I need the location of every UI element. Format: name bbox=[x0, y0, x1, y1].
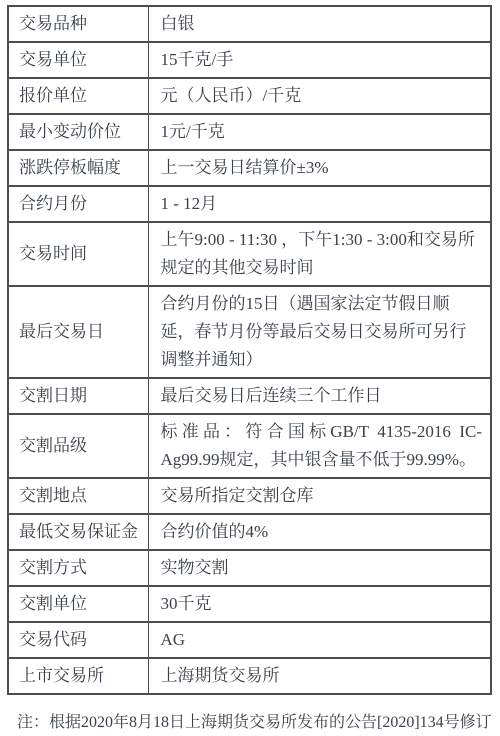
table-row: 交易时间 上午9:00 - 11:30 ，下午1:30 - 3:00和交易所规定… bbox=[8, 222, 491, 286]
row-value: 最后交易日后连续三个工作日 bbox=[148, 378, 491, 414]
row-label: 交割品级 bbox=[8, 414, 148, 478]
row-label: 交易时间 bbox=[8, 222, 148, 286]
spec-table: 交易品种 白银 交易单位 15千克/手 报价单位 元（人民币）/千克 最小变动价… bbox=[7, 5, 492, 695]
table-row: 交割单位 30千克 bbox=[8, 586, 491, 622]
table-row: 合约月份 1 - 12月 bbox=[8, 186, 491, 222]
page: 交易品种 白银 交易单位 15千克/手 报价单位 元（人民币）/千克 最小变动价… bbox=[0, 0, 500, 736]
row-value: 合约价值的4% bbox=[148, 514, 491, 550]
row-value: 上海期货交易所 bbox=[148, 658, 491, 694]
table-row: 最小变动价位 1元/千克 bbox=[8, 114, 491, 150]
row-value: AG bbox=[148, 622, 491, 658]
table-row: 交易代码 AG bbox=[8, 622, 491, 658]
table-row: 交易单位 15千克/手 bbox=[8, 42, 491, 78]
row-value: 1元/千克 bbox=[148, 114, 491, 150]
row-value: 白银 bbox=[148, 6, 491, 42]
row-value: 交易所指定交割仓库 bbox=[148, 478, 491, 514]
table-row: 交割日期 最后交易日后连续三个工作日 bbox=[8, 378, 491, 414]
row-value: 30千克 bbox=[148, 586, 491, 622]
row-label: 最低交易保证金 bbox=[8, 514, 148, 550]
table-row: 交割品级 标准品：符合国标GB/T 4135-2016 IC-Ag99.99规定… bbox=[8, 414, 491, 478]
row-label: 交割方式 bbox=[8, 550, 148, 586]
row-value: 元（人民币）/千克 bbox=[148, 78, 491, 114]
table-row: 上市交易所 上海期货交易所 bbox=[8, 658, 491, 694]
row-label: 交易品种 bbox=[8, 6, 148, 42]
table-row: 报价单位 元（人民币）/千克 bbox=[8, 78, 491, 114]
row-value: 上午9:00 - 11:30 ，下午1:30 - 3:00和交易所规定的其他交易… bbox=[148, 222, 491, 286]
row-value: 合约月份的15日（遇国家法定节假日顺延，春节月份等最后交易日交易所可另行调整并通… bbox=[148, 286, 491, 378]
table-row: 交割地点 交易所指定交割仓库 bbox=[8, 478, 491, 514]
row-value: 上一交易日结算价±3% bbox=[148, 150, 491, 186]
row-label: 交易单位 bbox=[8, 42, 148, 78]
row-value: 15千克/手 bbox=[148, 42, 491, 78]
row-label: 报价单位 bbox=[8, 78, 148, 114]
row-label: 涨跌停板幅度 bbox=[8, 150, 148, 186]
row-label: 最小变动价位 bbox=[8, 114, 148, 150]
row-label: 交易代码 bbox=[8, 622, 148, 658]
row-label: 交割日期 bbox=[8, 378, 148, 414]
row-label: 最后交易日 bbox=[8, 286, 148, 378]
row-value: 标准品：符合国标GB/T 4135-2016 IC-Ag99.99规定，其中银含… bbox=[148, 414, 491, 478]
table-row: 最后交易日 合约月份的15日（遇国家法定节假日顺延，春节月份等最后交易日交易所可… bbox=[8, 286, 491, 378]
row-label: 交割单位 bbox=[8, 586, 148, 622]
row-label: 合约月份 bbox=[8, 186, 148, 222]
table-row: 交割方式 实物交割 bbox=[8, 550, 491, 586]
row-value: 实物交割 bbox=[148, 550, 491, 586]
table-row: 最低交易保证金 合约价值的4% bbox=[8, 514, 491, 550]
table-row: 涨跌停板幅度 上一交易日结算价±3% bbox=[8, 150, 491, 186]
footnote: 注：根据2020年8月18日上海期货交易所发布的公告[2020]134号修订 bbox=[17, 712, 487, 733]
row-value: 1 - 12月 bbox=[148, 186, 491, 222]
row-label: 交割地点 bbox=[8, 478, 148, 514]
table-row: 交易品种 白银 bbox=[8, 6, 491, 42]
row-label: 上市交易所 bbox=[8, 658, 148, 694]
